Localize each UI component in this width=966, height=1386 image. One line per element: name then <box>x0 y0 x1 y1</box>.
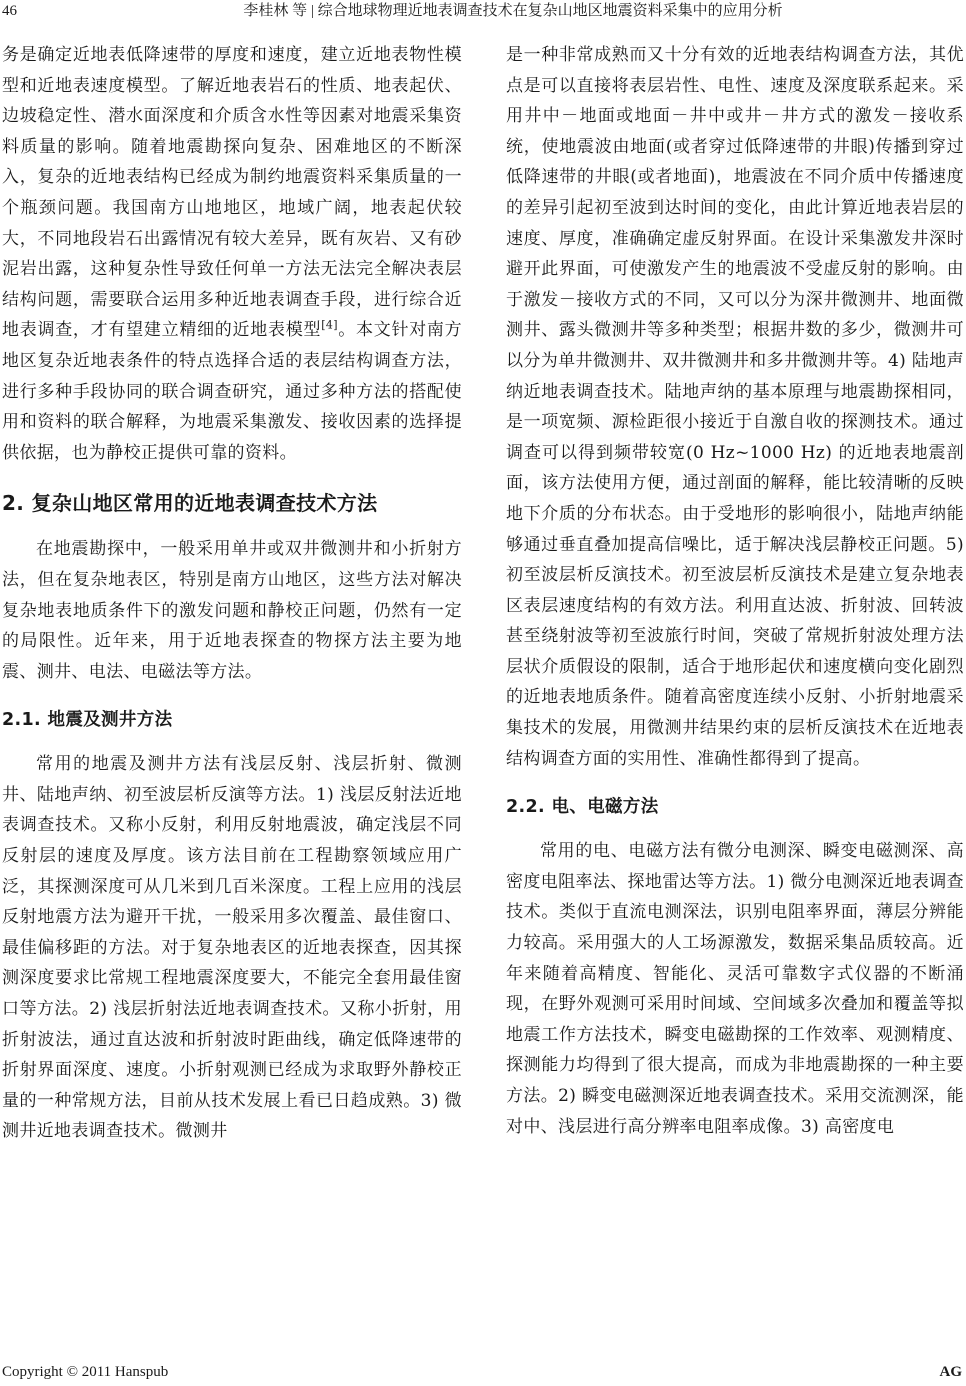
intro-paragraph: 务是确定近地表低降速带的厚度和速度，建立近地表物性模型和近地表速度模型。了解近地… <box>2 40 462 468</box>
section-2-1-paragraph: 常用的地震及测井方法有浅层反射、浅层折射、微测井、陆地声纳、初至波层析反演等方法… <box>2 749 462 1147</box>
intro-text: 务是确定近地表低降速带的厚度和速度，建立近地表物性模型和近地表速度模型。了解近地… <box>2 45 462 340</box>
copyright-notice: Copyright © 2011 Hanspub <box>2 1362 168 1382</box>
section-2-paragraph: 在地震勘探中，一般采用单井或双井微测井和小折射方法，但在复杂地表区，特别是南方山… <box>2 534 462 687</box>
running-title: 李桂林 等 | 综合地球物理近地表调查技术在复杂山地区地震资料采集中的应用分析 <box>0 0 966 22</box>
section-2-2-heading: 2.2. 电、电磁方法 <box>506 792 964 822</box>
section-2-heading: 2. 复杂山地区常用的近地表调查技术方法 <box>2 488 462 518</box>
citation-link[interactable]: [4] <box>321 319 338 332</box>
running-header: 46 李桂林 等 | 综合地球物理近地表调查技术在复杂山地区地震资料采集中的应用… <box>0 0 966 28</box>
section-2-1-heading: 2.1. 地震及测井方法 <box>2 705 462 735</box>
section-2-2-paragraph: 常用的电、电磁方法有微分电测深、瞬变电磁测深、高密度电阻率法、探地雷达等方法。1… <box>506 836 964 1142</box>
page-footer: Copyright © 2011 Hanspub AG <box>0 1362 966 1386</box>
journal-abbreviation: AG <box>940 1362 963 1382</box>
right-column: 是一种非常成熟而又十分有效的近地表结构调查方法，其优点是可以直接将表层岩性、电性… <box>506 40 964 1142</box>
continued-paragraph: 是一种非常成熟而又十分有效的近地表结构调查方法，其优点是可以直接将表层岩性、电性… <box>506 40 964 774</box>
left-column: 务是确定近地表低降速带的厚度和速度，建立近地表物性模型和近地表速度模型。了解近地… <box>2 40 462 1147</box>
intro-text-tail: 。本文针对南方地区复杂近地表条件的特点选择合适的表层结构调查方法，进行多种手段协… <box>2 320 462 462</box>
